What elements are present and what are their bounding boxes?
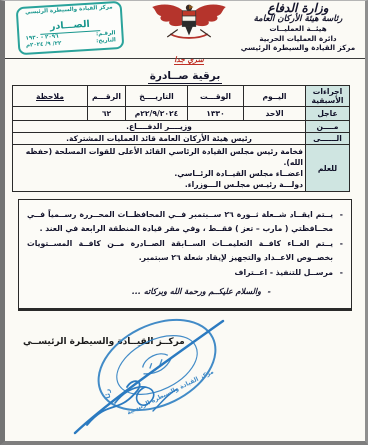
to-row: الــــــى رئيس هيئة الأركان العامة قائد … [13, 133, 350, 145]
stamp-date-value: ٢٢/ ٩/ ٢٠٢٤م [26, 41, 62, 51]
operations-authority-line: هيئــة العمليــات [233, 24, 363, 33]
message-body-box: يــتم ايقــاد شــعلة ثــورة ٢٦ ســبتمبر … [18, 199, 352, 311]
info-values: فخامة رئيس مجلس القيادة الرئاسي القائد ا… [13, 145, 306, 192]
table-header-row: اجراءات الأسبقية اليــوم الوقـــت التاري… [13, 86, 350, 107]
to-value: رئيس هيئة الأركان العامة قائد العمليات ا… [13, 133, 306, 145]
round-stamp-and-signature: رئاسة هيئة الأركان العامة مركز القيادة و… [57, 303, 267, 443]
cell-time: ١٣٣٠ [188, 107, 244, 121]
body-bullet-1: يــتم ايقــاد شــعلة ثــورة ٢٦ ســبتمبر … [27, 208, 343, 235]
info-line-president: فخامة رئيس مجلس القيادة الرئاسي القائد ا… [15, 146, 303, 168]
yemen-eagle-emblem-icon [147, 1, 231, 43]
col-day: اليــوم [244, 86, 306, 107]
col-precedence: اجراءات الأسبقية [306, 86, 350, 107]
table-data-row: عاجل الاحد ١٣٣٠ ٢٢/٩/٢٠٢٤م ٦٢ [13, 107, 350, 121]
national-emblem-block: سري جدا [139, 1, 239, 66]
telegram-header-table: اجراءات الأسبقية اليــوم الوقـــت التاري… [12, 85, 350, 192]
body-bullet-3: مرســل للتنفيذ - اعــتراف [27, 266, 343, 279]
outgoing-registry-stamp: مركز القيادة والسيطرة الرئيسي الصـــادر … [16, 1, 125, 55]
col-number: الرقـــم [88, 86, 126, 107]
from-value: وزيــــر الدفــــاع. [13, 121, 306, 133]
document-title: برقية صــادرة [148, 70, 223, 84]
cell-day: الاحد [244, 107, 306, 121]
general-staff-title: رئاسة هيئة الأركان العامة [233, 15, 363, 25]
closing-salutation: والسلام عليكــم ورحمة الله وبركاته ... [27, 287, 271, 296]
cell-number: ٦٢ [88, 107, 126, 121]
info-label: للعلم [306, 145, 350, 192]
body-bullet-2: يــتم الغــاء كافــة التعليمــات الســاب… [27, 237, 343, 264]
cell-precedence: عاجل [306, 107, 350, 121]
to-label: الــــــى [306, 133, 350, 145]
document-title-wrap: برقية صــادرة [5, 64, 365, 81]
col-time: الوقـــت [188, 86, 244, 107]
ministry-title: وزارة الدفاع [233, 2, 363, 15]
from-label: مــــن [306, 121, 350, 133]
telegram-document-page: مركز القيادة والسيطرة الرئيسي الصـــادر … [0, 0, 368, 445]
info-row: للعلم فخامة رئيس مجلس القيادة الرئاسي ال… [13, 145, 350, 192]
col-date: التاريــــخ [126, 86, 188, 107]
col-note: ملاحظة [13, 86, 88, 107]
cell-note [13, 107, 88, 121]
issuing-authority-block: وزارة الدفاع رئاسة هيئة الأركان العامة ه… [233, 2, 363, 52]
command-center-line: مركز القيادة والسيطرة الرئيسي [233, 43, 363, 52]
info-line-prime-minister: دولـــة رئيـس مجلـس الـــوزراء. [15, 179, 303, 190]
cell-date: ٢٢/٩/٢٠٢٤م [126, 107, 188, 121]
war-operations-line: دائرة العمليات الحربية [233, 34, 363, 43]
from-row: مــــن وزيــــر الدفــــاع. [13, 121, 350, 133]
stamp-date-label: التاريخ: [96, 38, 116, 47]
classification-label: سري جدا [174, 55, 204, 65]
info-line-council-members: اعضــاء مجلس القيــادة الرئــاسي. [15, 168, 303, 179]
signature-area: مركــز القيــادة والسيطرة الرئيســي رئاس… [5, 311, 365, 443]
document-header: مركز القيادة والسيطرة الرئيسي الصـــادر … [5, 1, 365, 59]
